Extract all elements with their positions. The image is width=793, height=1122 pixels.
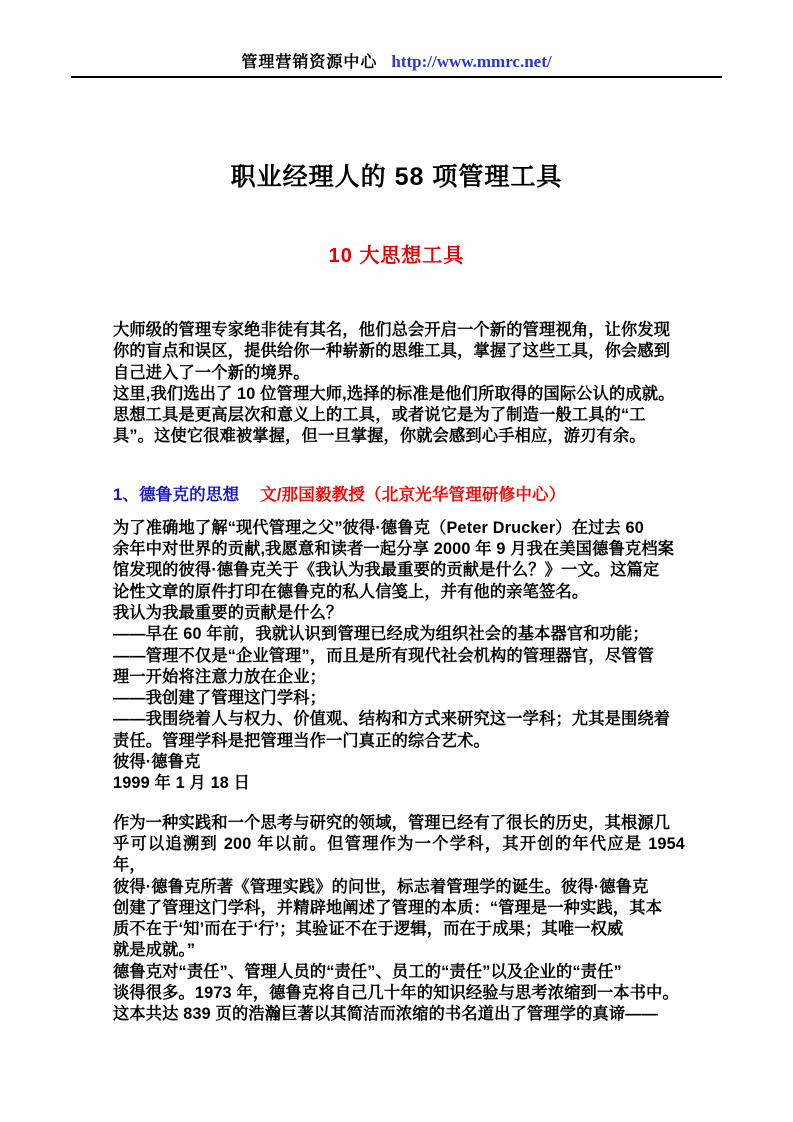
section-1-paragraph-1: 为了准确地了解“现代管理之父”彼得·德鲁克（Peter Drucker）在过去 … [113, 518, 685, 795]
section-1-paragraph-2: 作为一种实践和一个思考与研究的领域，管理已经有了很长的历史，其根源几 乎可以追溯… [113, 813, 685, 1026]
page-header: 管理营销资源中心http://www.mmrc.net/ [0, 0, 793, 73]
document-body: 大师级的管理专家绝非徒有其名，他们总会开启一个新的管理视角，让你发现 你的盲点和… [113, 320, 685, 1026]
site-name: 管理营销资源中心 [241, 54, 377, 71]
intro-paragraph: 大师级的管理专家绝非徒有其名，他们总会开启一个新的管理视角，让你发现 你的盲点和… [113, 320, 685, 448]
section-1-heading: 1、德鲁克的思想 文/那国毅教授（北京光华管理研修中心） [113, 485, 685, 506]
section-1-title: 1、德鲁克的思想 [113, 486, 239, 504]
document-title: 职业经理人的 58 项管理工具 [0, 162, 793, 192]
document-page: 管理营销资源中心http://www.mmrc.net/ 职业经理人的 58 项… [0, 0, 793, 1122]
section-1-author: 文/那国毅教授（北京光华管理研修中心） [260, 486, 565, 504]
site-url-link[interactable]: http://www.mmrc.net/ [391, 52, 551, 71]
header-divider [71, 76, 722, 78]
document-subtitle: 10 大思想工具 [0, 244, 793, 268]
